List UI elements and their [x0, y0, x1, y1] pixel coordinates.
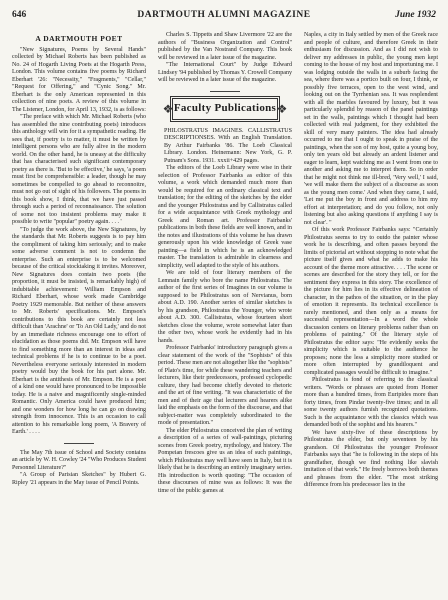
paragraph: Professor Fairbanks' introductory paragr…: [158, 345, 292, 428]
paragraph: Charles S. Tippetts and Shaw Livermore '…: [158, 32, 292, 62]
section-title-dartmouth-poet: A DARTMOUTH POET: [12, 35, 146, 43]
ornament-icon: ❖: [276, 102, 288, 116]
paragraph: "A Group of Parisian Sketches" by Hubert…: [12, 472, 146, 487]
banner-title: Faculty Publications: [172, 98, 278, 120]
column-3: Naples, a city in Italy settled by men o…: [304, 32, 438, 490]
paragraph: Naples, a city in Italy settled by men o…: [304, 32, 438, 227]
paragraph: Philostratus is fond of referring to the…: [304, 377, 438, 430]
paragraph: We are told of four literary members of …: [158, 270, 292, 345]
magazine-title: DARTMOUTH ALUMNI MAGAZINE: [12, 10, 436, 20]
paragraph: "The preface with which Mr. Michael Robe…: [12, 114, 146, 227]
paragraph: "The International Court" by Judge Edwar…: [158, 62, 292, 85]
page-header: 646 DARTMOUTH ALUMNI MAGAZINE June 1932: [12, 10, 436, 24]
paragraph: The editors of the Loeb Library were wis…: [158, 165, 292, 270]
faculty-publications-banner: ❖ Faculty Publications ❖: [162, 98, 288, 120]
divider-rule: [210, 91, 240, 92]
issue-date: June 1932: [395, 10, 436, 20]
paragraph: Of this work Professor Fairbanks says: "…: [304, 227, 438, 377]
paragraph: We have sixty-five of these descriptions…: [304, 430, 438, 490]
paragraph: "To judge the work above, the New Signat…: [12, 227, 146, 437]
paragraph: "New Signatures, Poems by Several Hands"…: [12, 47, 146, 115]
paragraph: The May 7th issue of School and Society …: [12, 450, 146, 473]
paragraph: The elder Philostratus conceived the pla…: [158, 428, 292, 496]
divider-rule: [64, 443, 94, 444]
column-1: A DARTMOUTH POET "New Signatures, Poems …: [12, 32, 146, 487]
book-heading: PHILOSTRATUS IMAGINES. CALLISTRATUS DESC…: [158, 128, 292, 166]
column-2: Charles S. Tippetts and Shaw Livermore '…: [158, 32, 292, 495]
